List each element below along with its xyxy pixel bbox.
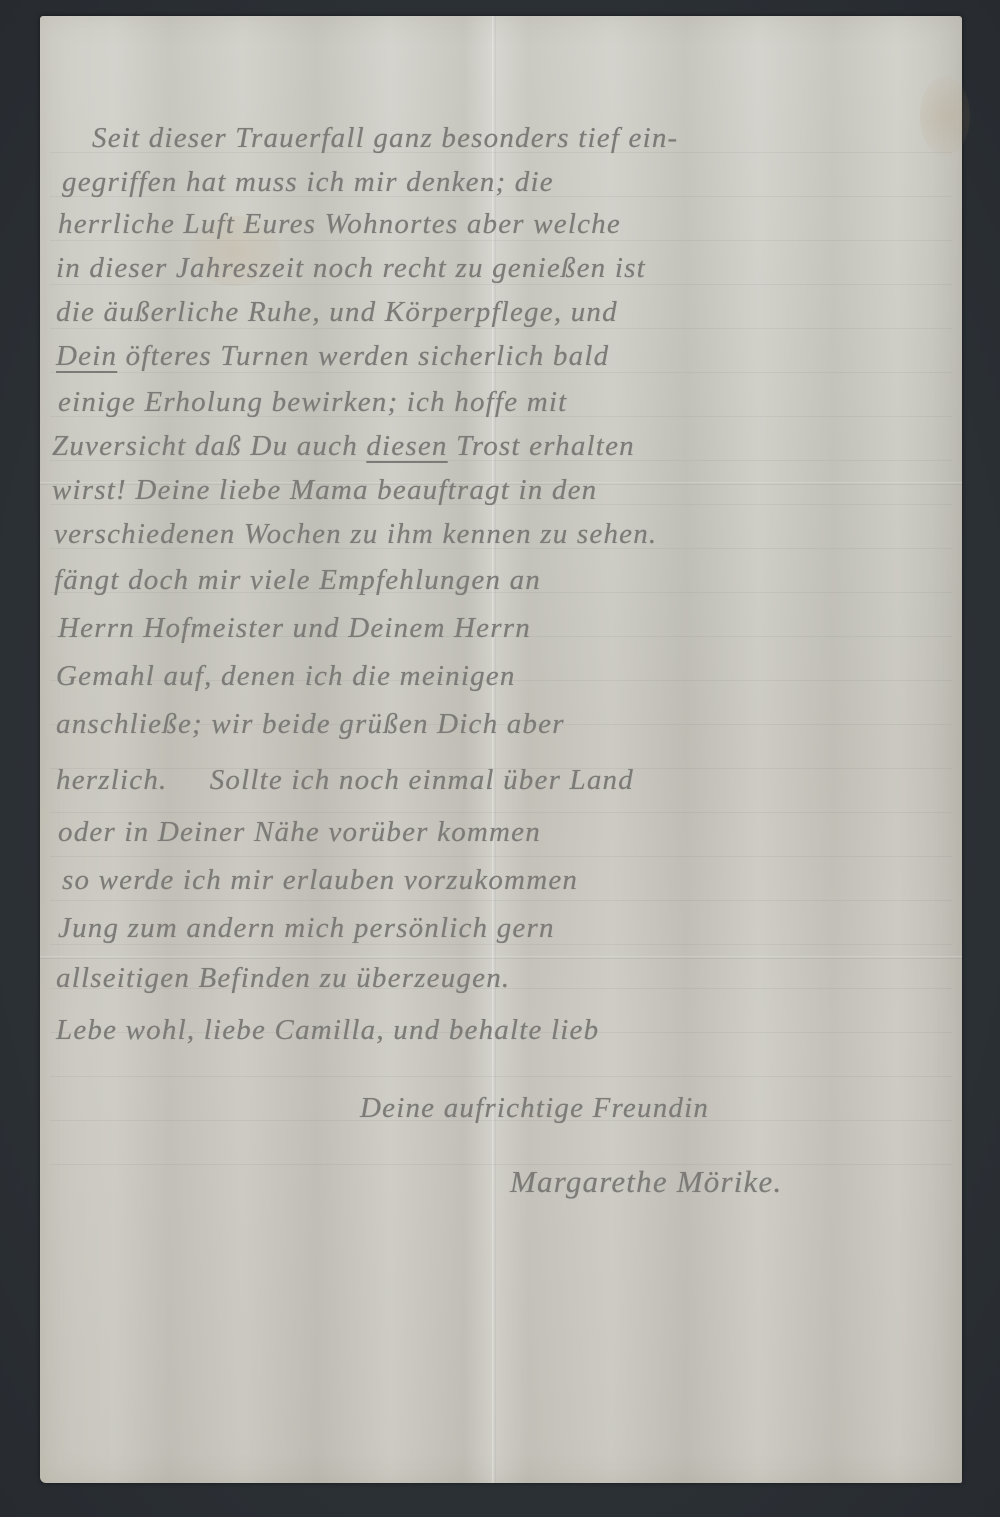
ruled-line xyxy=(50,1076,952,1077)
letter-line: allseitigen Befinden zu überzeugen. xyxy=(56,964,510,993)
letter-line: Lebe wohl, liebe Camilla, und behalte li… xyxy=(56,1016,599,1045)
letter-line: oder in Deiner Nähe vorüber kommen xyxy=(58,818,541,847)
letter-line: gegriffen hat muss ich mir denken; die xyxy=(62,168,554,197)
letter-line: Gemahl auf, denen ich die meinigen xyxy=(56,662,516,691)
letter-line: herzlich. Sollte ich noch einmal über La… xyxy=(56,766,634,795)
letter-line: Seit dieser Trauerfall ganz besonders ti… xyxy=(92,124,678,153)
letter-line: einige Erholung bewirken; ich hoffe mit xyxy=(58,388,567,417)
letter-signature: Margarethe Mörike. xyxy=(510,1166,782,1197)
ruled-line xyxy=(50,900,952,901)
letter-closing: Deine aufrichtige Freundin xyxy=(360,1094,709,1123)
letter-line: Herrn Hofmeister und Deinem Herrn xyxy=(58,614,531,643)
ruled-line xyxy=(50,328,952,329)
ruled-line xyxy=(50,944,952,945)
horizontal-fold-crease xyxy=(40,956,962,959)
ruled-line xyxy=(50,240,952,241)
letter-line: Dein öfteres Turnen werden sicherlich ba… xyxy=(56,342,609,371)
paper-stain xyxy=(920,76,970,156)
letter-line: Jung zum andern mich persönlich gern xyxy=(58,914,555,943)
letter-line: anschließe; wir beide grüßen Dich aber xyxy=(56,710,565,739)
letter-line: Zuversicht daß Du auch diesen Trost erha… xyxy=(52,432,635,461)
ruled-line xyxy=(50,812,952,813)
ruled-line xyxy=(50,284,952,285)
ruled-line xyxy=(50,856,952,857)
letter-line: wirst! Deine liebe Mama beauftragt in de… xyxy=(52,476,597,505)
ruled-line xyxy=(50,372,952,373)
letter-line: in dieser Jahreszeit noch recht zu genie… xyxy=(56,254,646,283)
letter-line: herrliche Luft Eures Wohnortes aber welc… xyxy=(58,210,621,239)
letter-line: verschiedenen Wochen zu ihm kennen zu se… xyxy=(54,520,657,549)
underlined-word: Dein xyxy=(56,340,117,372)
letter-line: fängt doch mir viele Empfehlungen an xyxy=(54,566,541,595)
underlined-word: diesen xyxy=(366,430,447,462)
letter-line: so werde ich mir erlauben vorzukommen xyxy=(62,866,578,895)
letter-line: die äußerliche Ruhe, und Körperpflege, u… xyxy=(56,298,618,327)
ruled-line xyxy=(50,1164,952,1165)
